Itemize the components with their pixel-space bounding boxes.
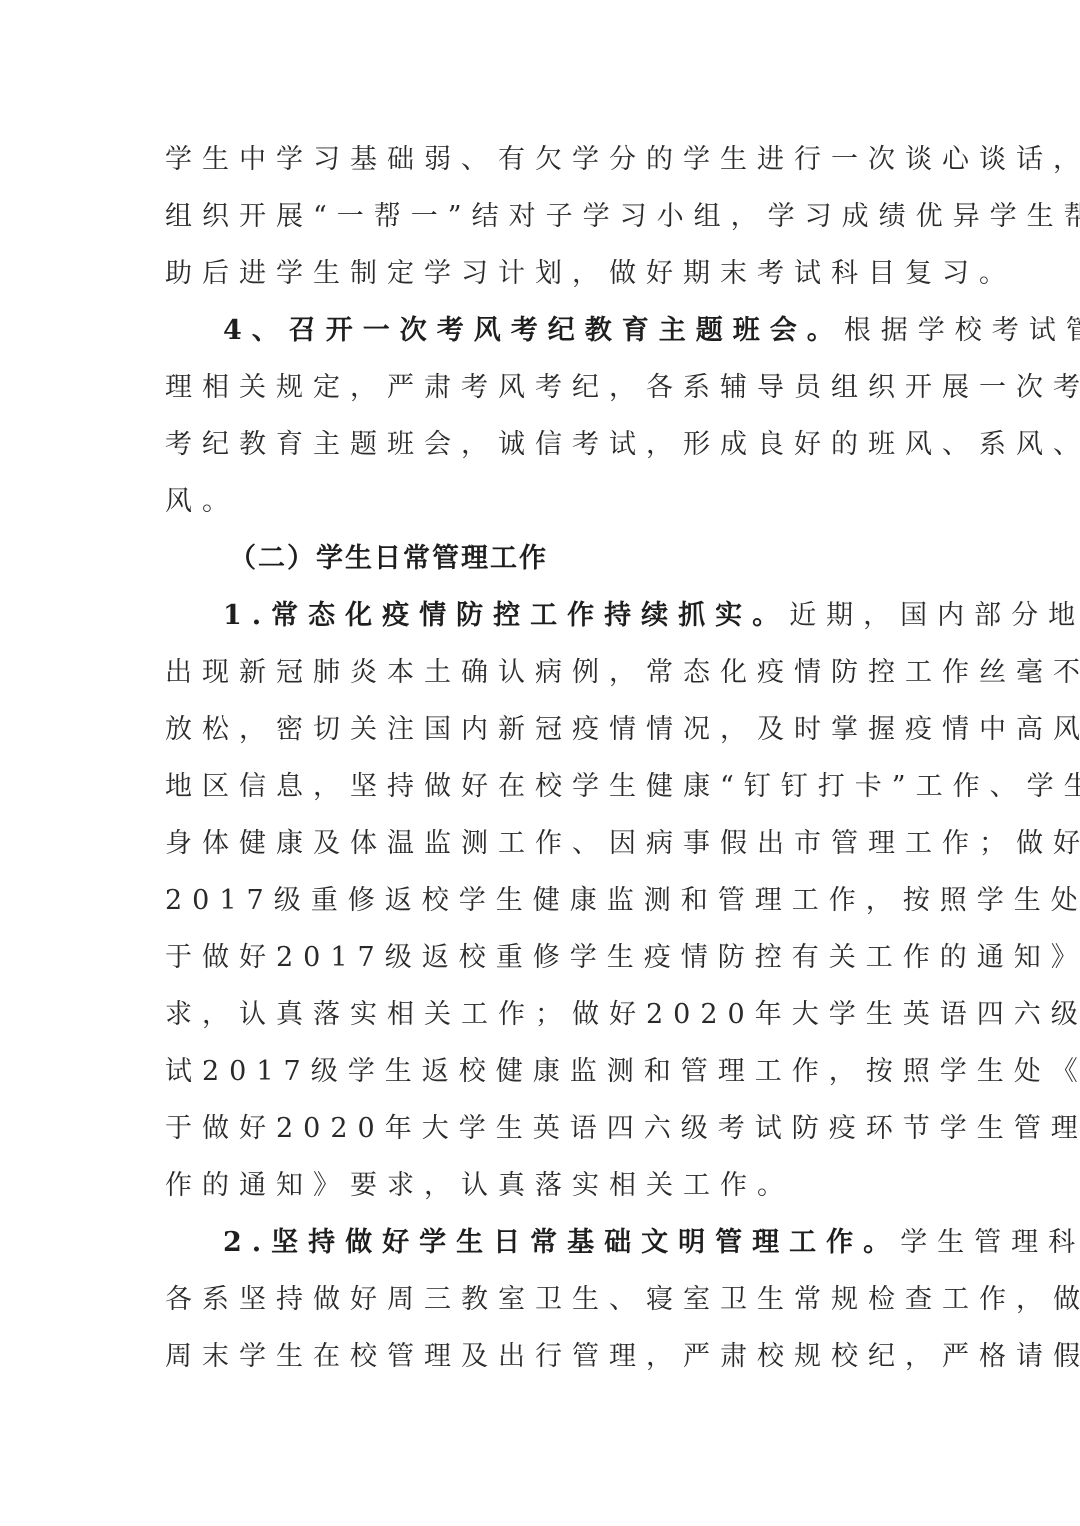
text-line: 试2017级学生返校健康监测和管理工作，按照学生处《关 [165,1043,917,1100]
text-line: 出现新冠肺炎本土确认病例，常态化疫情防控工作丝毫不能 [165,644,917,701]
text-line: 组织开展“一帮一”结对子学习小组，学习成绩优异学生帮 [165,188,917,245]
document-page: 学生中学习基础弱、有欠学分的学生进行一次谈心谈话，并 组织开展“一帮一”结对子学… [165,131,917,1385]
text-line: 2017级重修返校学生健康监测和管理工作，按照学生处《关 [165,872,917,929]
paragraph-item-4: 4、召开一次考风考纪教育主题班会。根据学校考试管 理相关规定，严肃考风考纪，各系… [165,302,917,530]
paragraph-item-1: 1.常态化疫情防控工作持续抓实。近期，国内部分地区 出现新冠肺炎本土确认病例，常… [165,587,917,1214]
text-line: 周末学生在校管理及出行管理，严肃校规校纪，严格请假管 [165,1328,917,1385]
text-line: 求，认真落实相关工作；做好2020年大学生英语四六级考 [165,986,917,1043]
text-line: 作的通知》要求，认真落实相关工作。 [165,1157,917,1214]
paragraph-item-2: 2.坚持做好学生日常基础文明管理工作。学生管理科、 各系坚持做好周三教室卫生、寝… [165,1214,917,1385]
text-line: 放松，密切关注国内新冠疫情情况，及时掌握疫情中高风险 [165,701,917,758]
text-line: 2.坚持做好学生日常基础文明管理工作。学生管理科、 [165,1214,917,1271]
text-line: 理相关规定，严肃考风考纪，各系辅导员组织开展一次考风 [165,359,917,416]
text-line: 风。 [165,473,917,530]
text-line: 地区信息，坚持做好在校学生健康“钉钉打卡”工作、学生 [165,758,917,815]
paragraph-lead: 4、召开一次考风考纪教育主题班会。 [223,315,844,346]
text-line: 各系坚持做好周三教室卫生、寝室卫生常规检查工作，做好 [165,1271,917,1328]
text-line: 于做好2020年大学生英语四六级考试防疫环节学生管理工 [165,1100,917,1157]
text-line: 身体健康及体温监测工作、因病事假出市管理工作；做好 [165,815,917,872]
text-span: 近期，国内部分地区 [789,600,1080,631]
text-line: 考纪教育主题班会，诚信考试，形成良好的班风、系风、学 [165,416,917,473]
text-span: 根据学校考试管 [844,315,1080,346]
paragraph-lead: 2.坚持做好学生日常基础文明管理工作。 [223,1227,900,1258]
text-line: 4、召开一次考风考纪教育主题班会。根据学校考试管 [165,302,917,359]
text-span: 学生管理科、 [900,1227,1080,1258]
paragraph-continuation: 学生中学习基础弱、有欠学分的学生进行一次谈心谈话，并 组织开展“一帮一”结对子学… [165,131,917,302]
section-heading: （二）学生日常管理工作 [165,530,917,587]
text-line: 助后进学生制定学习计划，做好期末考试科目复习。 [165,245,917,302]
text-line: 学生中学习基础弱、有欠学分的学生进行一次谈心谈话，并 [165,131,917,188]
text-line: 于做好2017级返校重修学生疫情防控有关工作的通知》要 [165,929,917,986]
paragraph-lead: 1.常态化疫情防控工作持续抓实。 [223,600,789,631]
text-line: 1.常态化疫情防控工作持续抓实。近期，国内部分地区 [165,587,917,644]
